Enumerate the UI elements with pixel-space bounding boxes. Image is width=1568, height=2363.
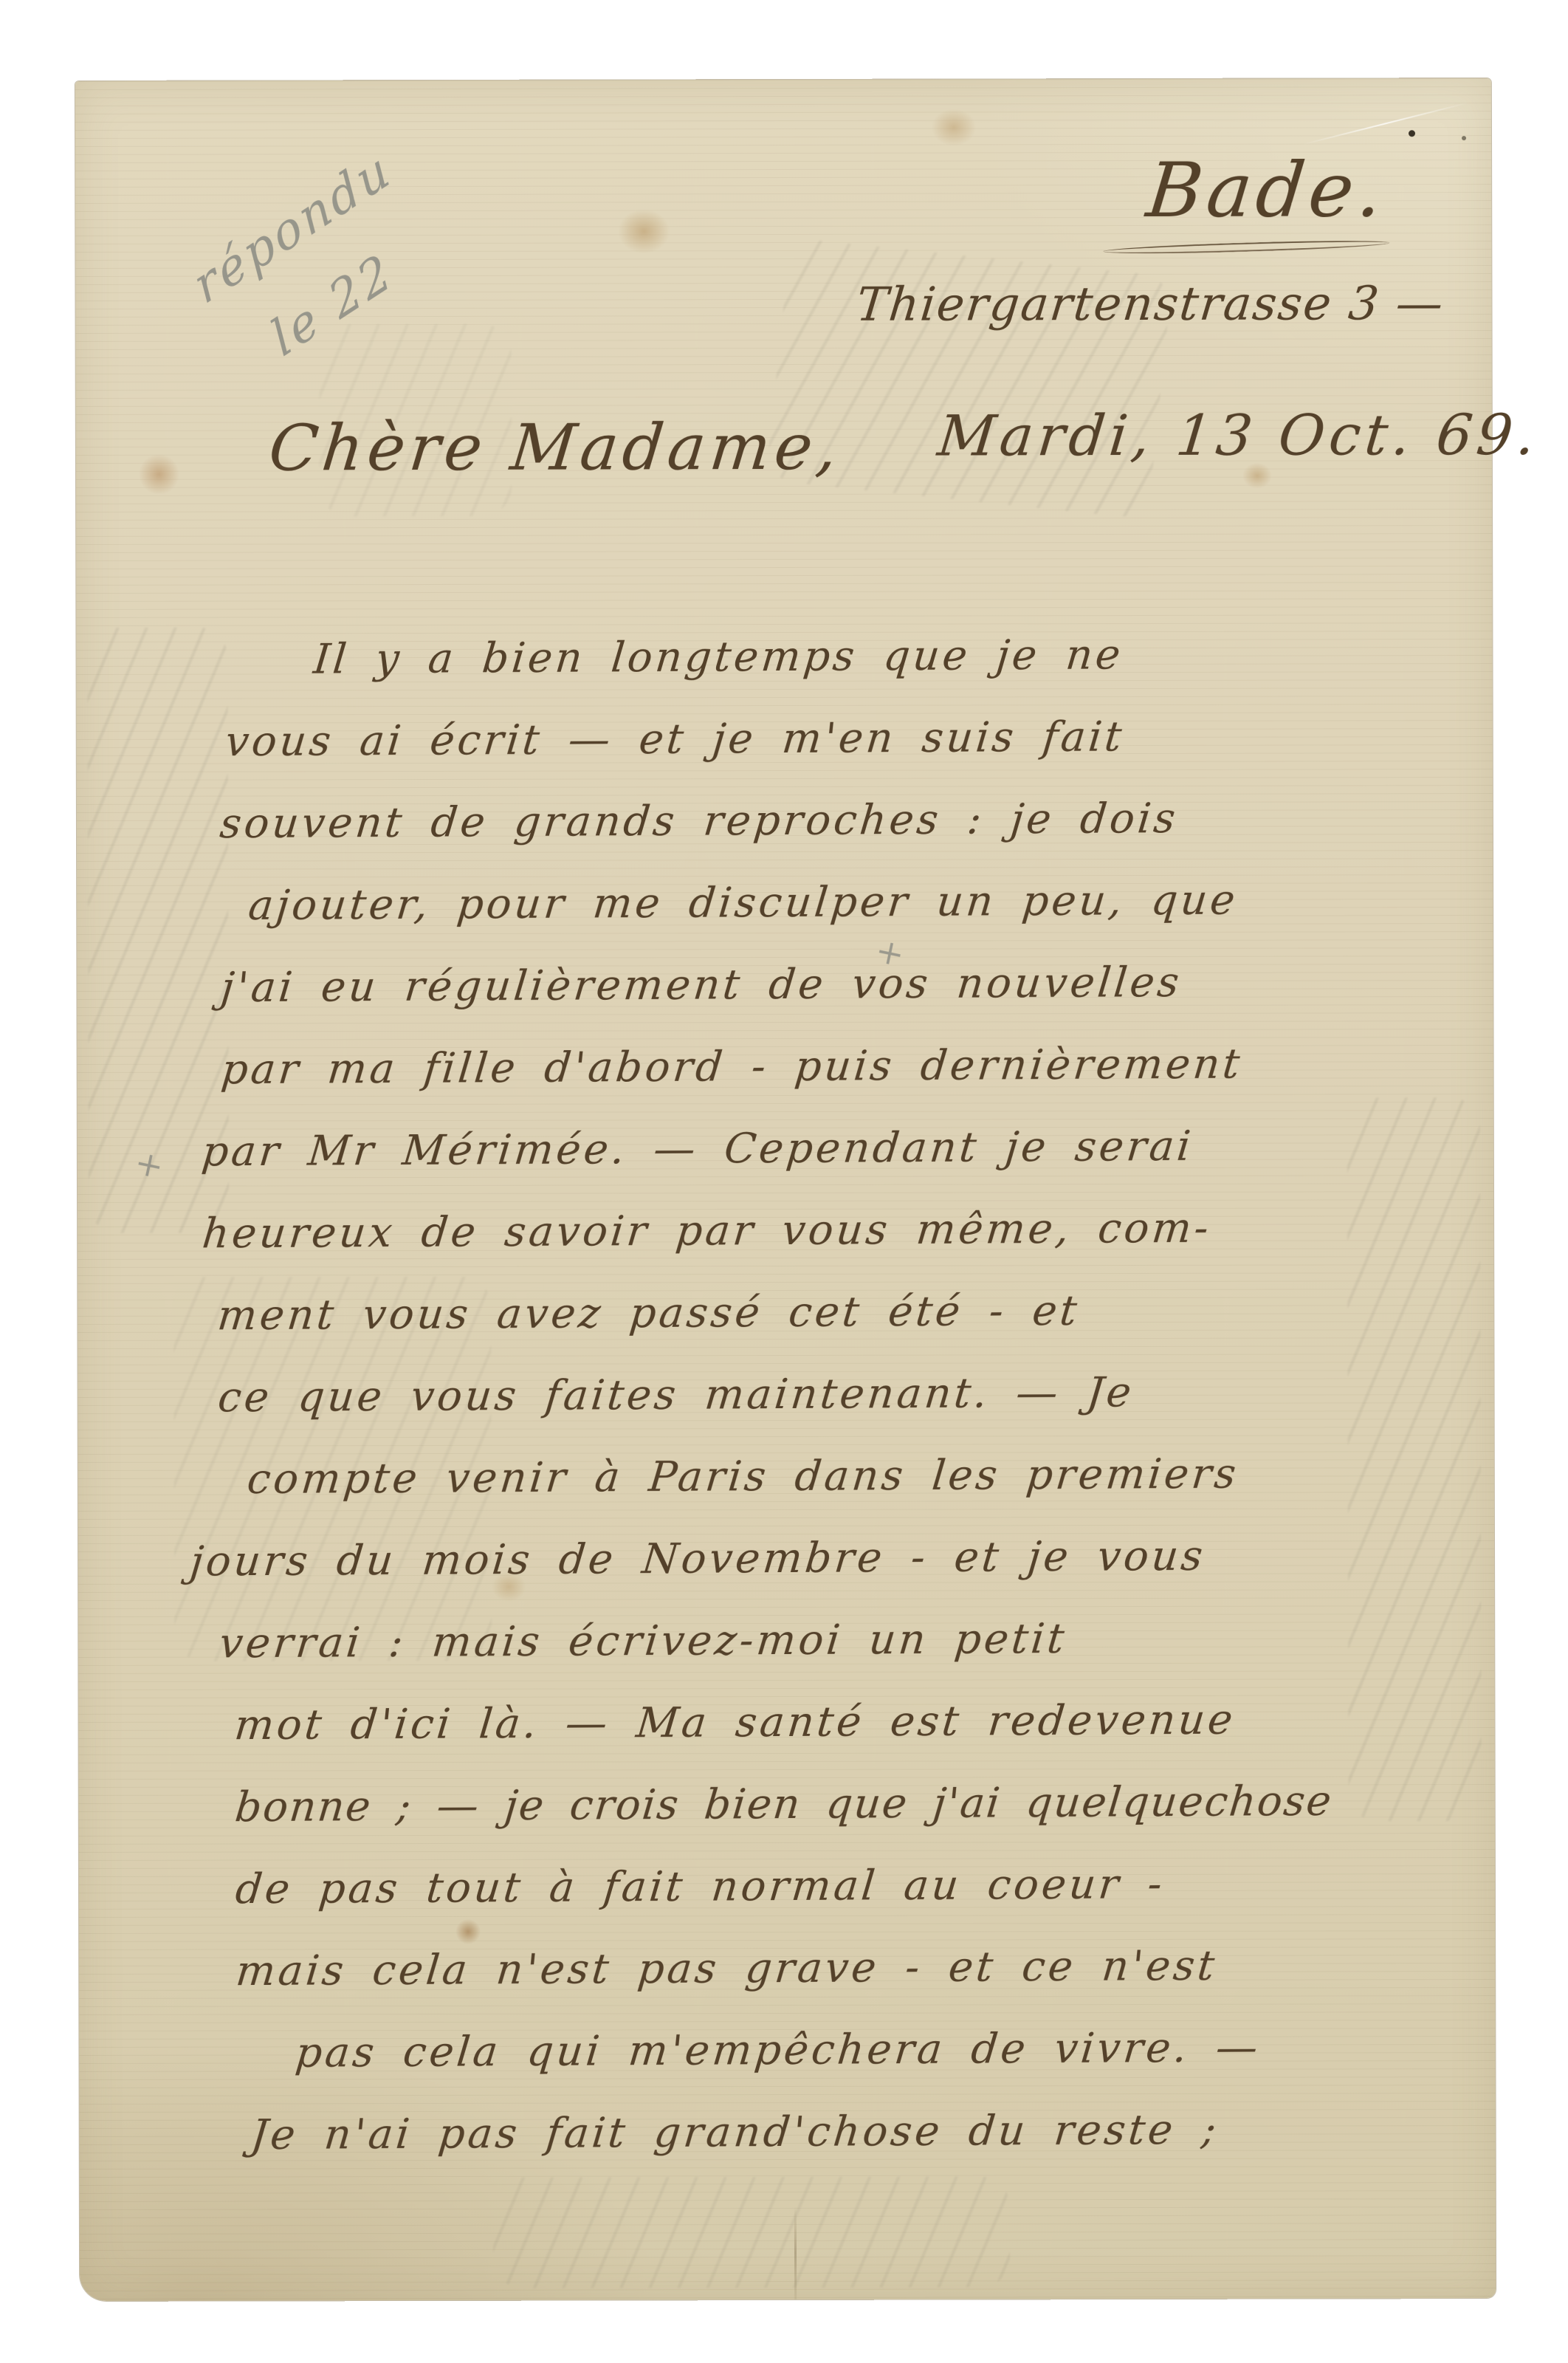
corner-crease <box>1303 102 1468 145</box>
body-line: jours du mois de Novembre - et je vous <box>186 1514 1499 1603</box>
fox-stain <box>618 209 670 253</box>
body-line: j'ai eu régulièrement de vos nouvelles <box>217 940 1496 1029</box>
show-through-patch <box>493 2176 1010 2288</box>
body-line: heureux de savoir par vous même, com- <box>199 1186 1497 1275</box>
letter-body: Il y a bien longtemps que je ne vous ai … <box>74 612 1499 2178</box>
body-line: souvent de grands reproches : je dois <box>216 776 1495 865</box>
body-line: par ma fille d'abord - puis dernièrement <box>218 1022 1496 1111</box>
fold-crease <box>794 2206 797 2299</box>
body-line: Je n'ai pas fait grand'chose du reste ; <box>247 2088 1502 2176</box>
body-line: par Mr Mérimée. — Cependant je serai <box>198 1104 1496 1193</box>
body-line: compte venir à Paris dans les premiers <box>244 1432 1499 1520</box>
salutation: Chère Madame, <box>266 411 845 486</box>
header-place: Bade. <box>1143 146 1391 235</box>
body-line: mais cela n'est pas grave - et ce n'est <box>232 1924 1501 2013</box>
body-line: Il y a bien longtemps que je ne <box>309 612 1493 701</box>
body-line: de pas tout à fait normal au coeur - <box>232 1842 1501 1931</box>
scan-background: répondu le 22 Bade. Thiergartenstrasse 3… <box>0 0 1568 2363</box>
letter-paper: répondu le 22 Bade. Thiergartenstrasse 3… <box>75 78 1496 2301</box>
body-line: vous ai écrit — et je m'en suis fait <box>221 694 1494 783</box>
body-line: ce que vous faites maintenant. — Je <box>214 1350 1498 1439</box>
body-line: verrai : mais écrivez-moi un petit <box>216 1596 1499 1685</box>
body-line: mot d'ici là. — Ma santé est redevenue <box>231 1678 1500 1767</box>
body-line: ajouter, pour me disculper un peu, que <box>244 858 1495 947</box>
ink-fleck <box>1409 130 1415 137</box>
body-line: pas cela qui m'empêchera de vivre. — <box>292 2006 1502 2094</box>
body-line: bonne ; — je crois bien que j'ai quelque… <box>231 1760 1500 1849</box>
ink-fleck <box>1462 136 1466 140</box>
place-underline <box>1103 239 1389 256</box>
body-line: ment vous avez passé cet été - et <box>213 1268 1497 1357</box>
fox-stain <box>139 454 179 495</box>
fox-stain <box>932 109 976 145</box>
header-date: Mardi, 13 Oct. 69. <box>935 402 1542 469</box>
header-address: Thiergartenstrasse 3 — <box>854 276 1447 332</box>
